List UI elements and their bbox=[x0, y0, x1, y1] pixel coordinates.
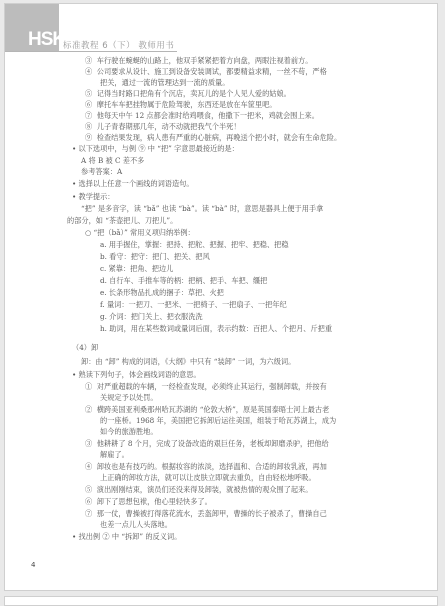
example-7: ⑦ 他每天中午 12 点都会准时给鸡喂食，他撒下一把米，鸡就会围上来。 bbox=[85, 110, 319, 121]
question-2: • 选择以上任意一个画线的词语造句。 bbox=[72, 178, 194, 189]
s4-example-2-cont: 的一座桥。1968 年，美国把它拆卸后运往美国，组装于哈瓦苏湖上，成为 bbox=[100, 415, 336, 426]
header-title: 标准教程 6（下） 教师用书 bbox=[63, 39, 174, 51]
example-4: ④ 公司要求从设计、施工到设备安装调试，都要精益求精，一丝不苟，严格 bbox=[85, 66, 327, 77]
s4-example-4-cont: 上正确的卸妆方法，就可以让皮肤立即就去重负，自由轻松地呼吸。 bbox=[100, 472, 316, 483]
s4-example-3-cont: 解雇了。 bbox=[100, 449, 129, 460]
tip-item-c: c. 紧靠：把角、把边儿 bbox=[100, 263, 173, 274]
example-9: ⑨ 检查结果发现，病人患有严重的心脏病，再晚送个把小时，就会有生命危险。 bbox=[85, 132, 341, 143]
s4-example-7: ⑦ 那一仗，曹操被打得落花流水，丢盔卸甲，曹操的长子被杀了，曹操自己 bbox=[85, 508, 327, 519]
tip-para-1: “把” 是多音字，读 “bǎ” 也读 “bà”。读 “bà” 时，意思是器具上便… bbox=[81, 203, 323, 214]
example-4-cont: 把关，通过一流的管理达到一流的质量。 bbox=[100, 77, 229, 88]
s4-example-1-cont: 关规定予以处罚。 bbox=[100, 392, 158, 403]
example-8: ⑧ 儿子青春期那几年，动不动就把我气个半死！ bbox=[85, 121, 241, 132]
s4-example-7-cont: 也差一点儿人头落地。 bbox=[100, 519, 172, 530]
document-page: HSK 标准教程 6（下） 教师用书 ③ 车行驶在蜿蜒的山路上，他双手紧紧把着方… bbox=[4, 3, 438, 591]
example-6: ⑥ 摩托车车把挂物属于危险驾驶，东西还是放在车筐里吧。 bbox=[85, 99, 276, 110]
question-1-answer: 参考答案：A bbox=[81, 166, 122, 177]
s4-example-3: ③ 他耕耕了 8 个月，完成了设备改造的艰巨任务，老板却卸磨杀驴，把他给 bbox=[85, 438, 329, 449]
s4-example-2-cont2: 如今的旅游胜地。 bbox=[100, 426, 158, 437]
question-1-options: A 将 B 被 C 差不多 bbox=[81, 155, 144, 166]
page-number: 4 bbox=[31, 561, 35, 569]
header-divider bbox=[5, 51, 177, 52]
question-1: • 以下选项中，与例 ⑨ 中 “把” 字意思最接近的是： bbox=[72, 143, 239, 154]
section-4-heading: （4）卸 bbox=[72, 342, 98, 353]
tip-para-2: 的部分，如 “茶壶把儿、刀把儿”。 bbox=[67, 215, 177, 226]
hsk-logo: HSK bbox=[28, 30, 65, 50]
s4-example-4: ④ 卸妆也是有技巧的。根据妆容的浓淡，选择温和、合适的卸妆乳液，再加 bbox=[85, 461, 327, 472]
section-4-intro: 卸：由 “卸” 构成的词语，《大纲》中只有 “装卸” 一词，为六级词。 bbox=[81, 356, 295, 367]
section-4-prompt: • 熟读下列句子，体会画线词语的意思。 bbox=[72, 369, 201, 380]
s4-example-6: ⑥ 卸下了思想包袱，他心里轻快多了。 bbox=[85, 496, 212, 507]
example-3: ③ 车行驶在蜿蜒的山路上，他双手紧紧把着方向盘，两眼注视着前方。 bbox=[85, 55, 312, 66]
section-4-final-prompt: • 找出例 ② 中 “拆卸” 的反义词。 bbox=[72, 531, 181, 542]
s4-example-5: ⑤ 演出刚刚结束，演员们还没来得及卸装，就被热情的观众围了起来。 bbox=[85, 484, 312, 495]
tip-item-e: e. 长条形物品扎成的捆子：草把、火把 bbox=[100, 287, 224, 298]
tip-heading: • 教学提示： bbox=[72, 191, 115, 202]
example-5: ⑤ 记得当时路口把角有个沉店，卖瓦儿的是个人见人爱的姑娘。 bbox=[85, 88, 291, 99]
tip-item-h: h. 助词，用在某些数词或量词后面，表示约数：百把人、个把月、斤把重 bbox=[100, 323, 332, 334]
tip-item-d: d. 自行车、手推车等的柄：把柄、把手、车把、缰把 bbox=[100, 275, 267, 286]
tip-item-b: b. 看守：把守：把门、把关、把风 bbox=[100, 251, 210, 262]
s4-example-2: ② 横跨美国亚利桑那州哈瓦苏湖的 “伦敦大桥”，原是英国泰晤士河上最古老 bbox=[85, 404, 329, 415]
s4-example-1: ① 对严重超载的车辆，一经检查发现，必须终止其运行，强制卸载，并按有 bbox=[85, 381, 327, 392]
tip-subheading: ○ “把（bǎ）” 常用义项归纳举例： bbox=[85, 227, 195, 238]
tip-item-g: g. 介词：把门关上、把衣服洗洗 bbox=[100, 311, 203, 322]
hsk-logo-block: HSK bbox=[5, 4, 59, 51]
tip-item-f: f. 量词：一把刀、一把米、一把椅子、一把扇子、一把年纪 bbox=[100, 299, 287, 310]
tip-item-a: a. 用手握住，掌握：把持、把舵、把握、把牢、把稳、把稳 bbox=[100, 239, 289, 250]
